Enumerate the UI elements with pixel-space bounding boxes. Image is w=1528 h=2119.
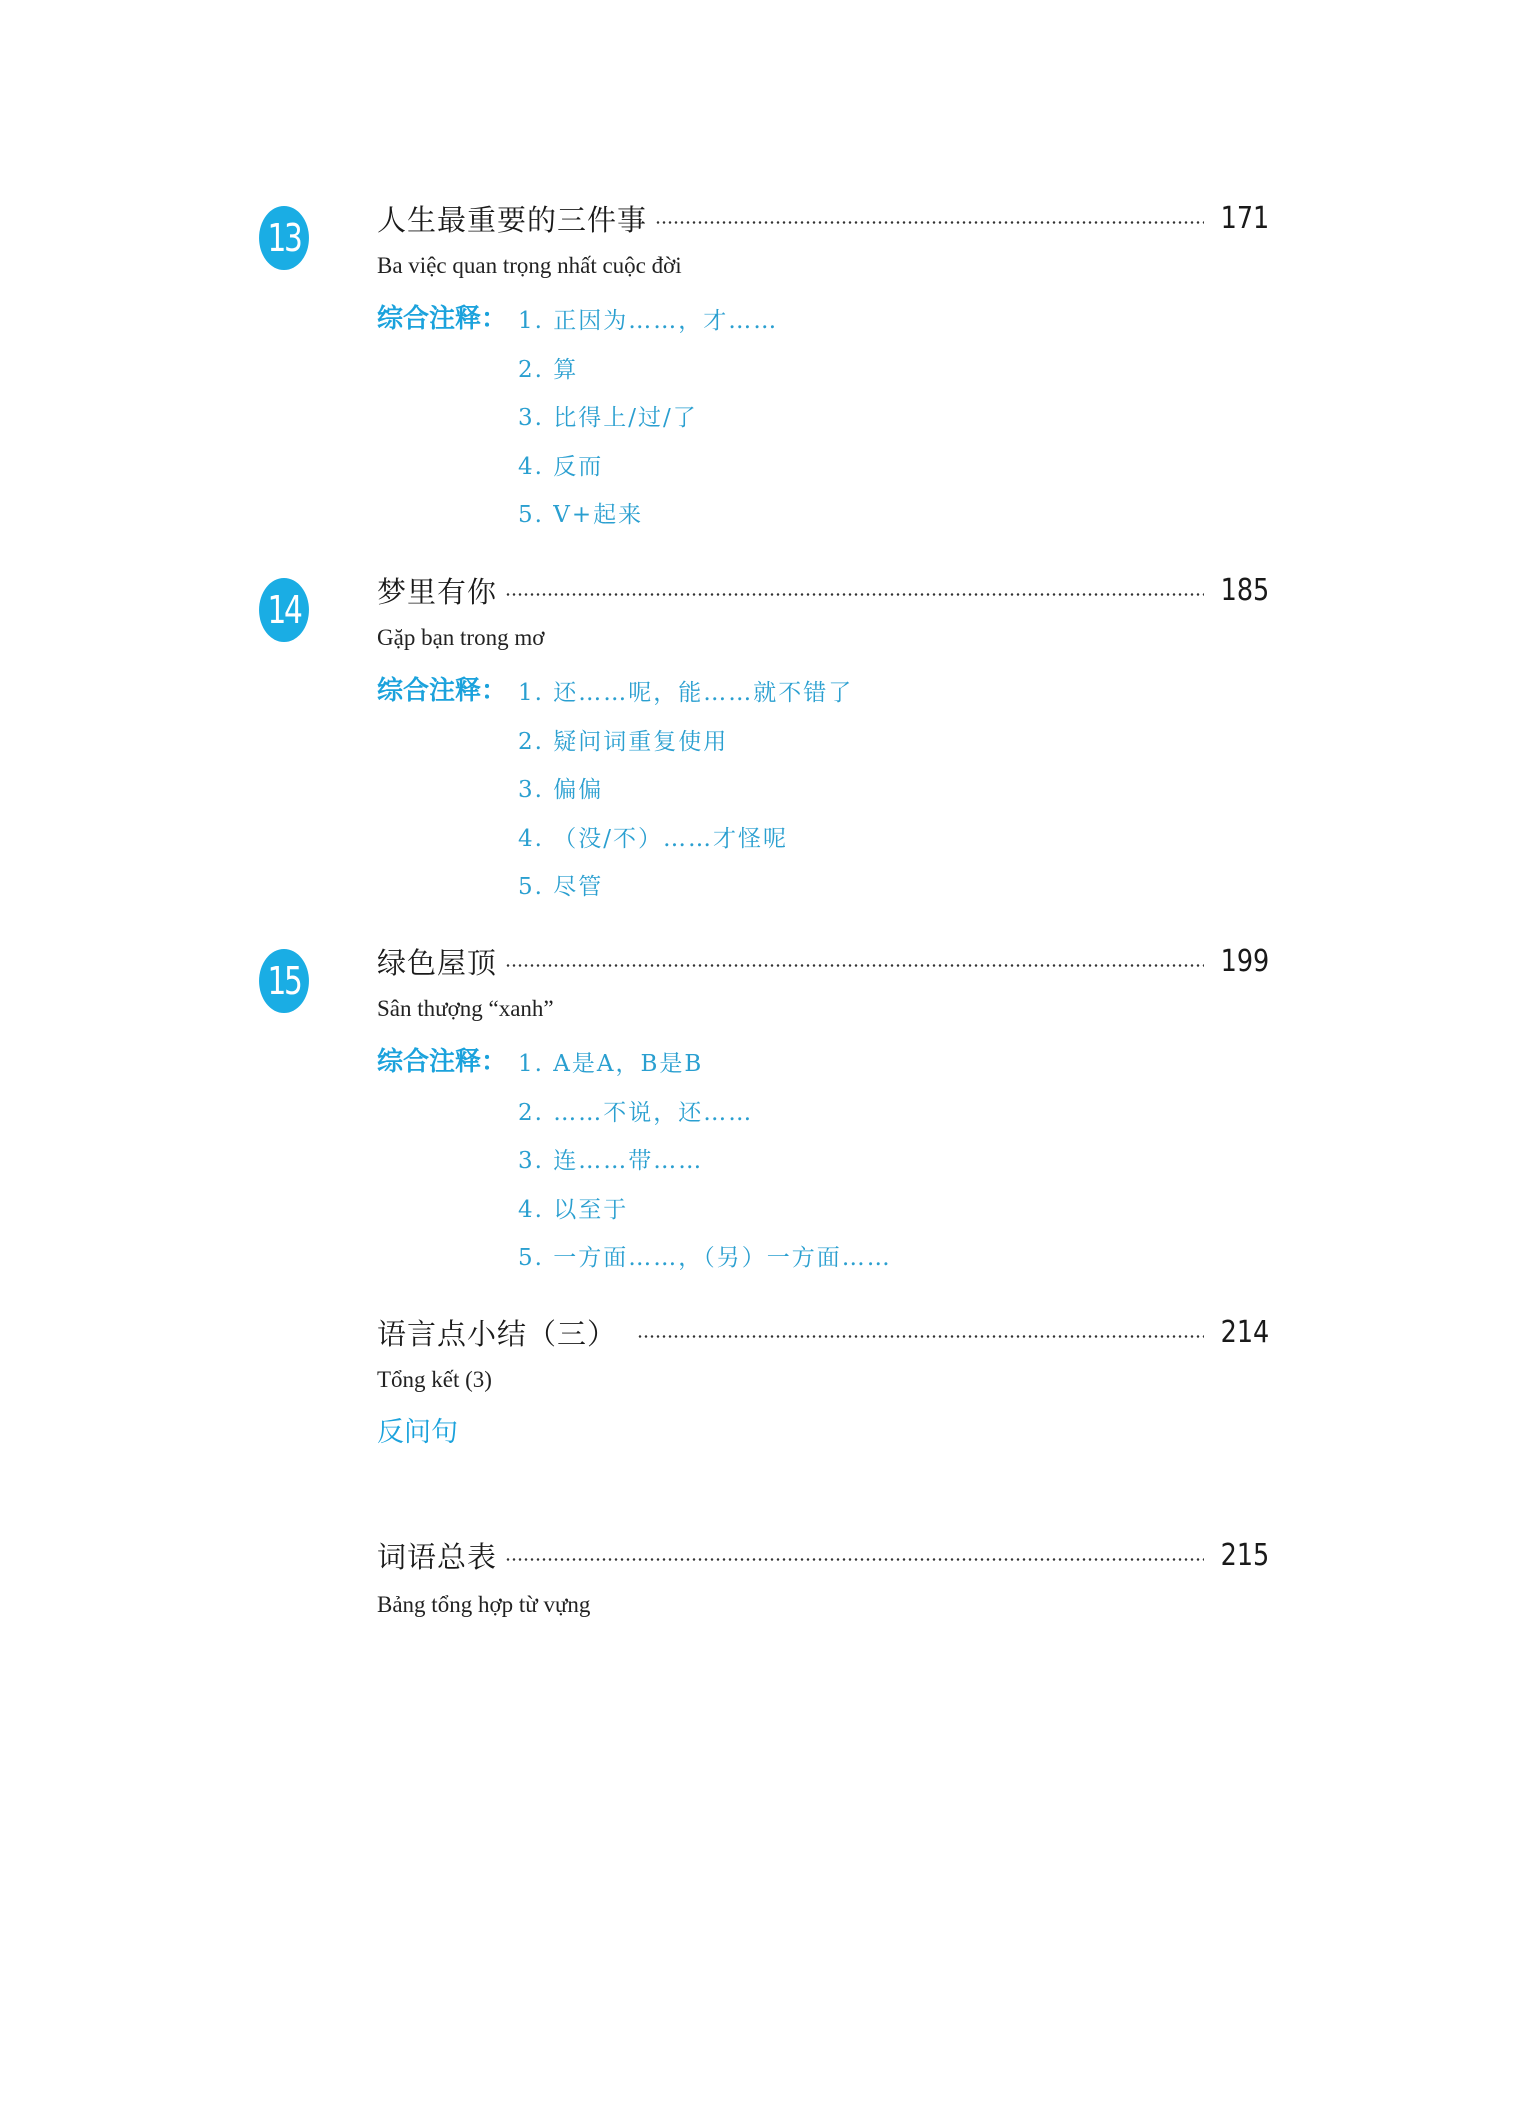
page-number[interactable]: 199 [1220,944,1269,979]
notes-label: 综合注释： [377,298,507,335]
note-item: 5. V+起来 [518,496,643,529]
note-item: 4. 以至于 [518,1191,628,1224]
note-item: 5. 尽管 [518,868,603,901]
toc-title-row[interactable]: 词语总表 215 [377,1535,1269,1575]
page-number[interactable]: 185 [1220,573,1269,608]
note-item: 4. 反而 [518,448,603,481]
page-number[interactable]: 171 [1220,201,1269,236]
summary-subtitle: Tổng kết (3) [377,1367,492,1393]
toc-title-row[interactable]: 语言点小结（三） 214 [377,1312,1269,1352]
lesson-subtitle: Ba việc quan trọng nhất cuộc đời [377,253,682,279]
page-number[interactable]: 214 [1220,1315,1269,1350]
dot-leader [505,1558,1204,1561]
note-item: 1. 正因为……，才…… [518,302,778,335]
dot-leader [505,593,1204,596]
note-item: 1. 还……呢，能……就不错了 [518,674,853,707]
note-item: 3. 比得上/过/了 [518,399,698,432]
dot-leader [505,964,1204,967]
notes-label: 综合注释： [377,670,507,707]
lesson-title[interactable]: 人生最重要的三件事 [377,198,647,239]
dot-leader [637,1335,1204,1338]
summary-title[interactable]: 语言点小结（三） [377,1312,617,1353]
dot-leader [655,221,1204,224]
note-item: 5. 一方面……，（另）一方面…… [518,1239,892,1272]
notes-label: 综合注释： [377,1041,507,1078]
summary-topic: 反问句 [377,1410,458,1449]
note-item: 1. A是A，B是B [518,1045,703,1078]
note-item: 4. （没/不）……才怪呢 [518,820,788,853]
lesson-title[interactable]: 绿色屋顶 [377,941,497,982]
lesson-subtitle: Gặp bạn trong mơ [377,625,544,651]
lesson-number-badge: 14 [259,578,309,642]
toc-title-row[interactable]: 人生最重要的三件事 171 [377,198,1269,238]
lesson-title[interactable]: 梦里有你 [377,570,497,611]
toc-title-row[interactable]: 绿色屋顶 199 [377,941,1269,981]
note-item: 3. 连……带…… [518,1142,703,1175]
lesson-number-badge: 15 [259,949,309,1013]
vocabulary-subtitle: Bảng tổng hợp từ vựng [377,1592,590,1618]
toc-title-row[interactable]: 梦里有你 185 [377,570,1269,610]
note-item: 2. 疑问词重复使用 [518,723,728,756]
page-number[interactable]: 215 [1220,1538,1269,1573]
note-item: 2. ……不说，还…… [518,1094,753,1127]
lesson-number-badge: 13 [259,206,309,270]
note-item: 2. 算 [518,351,578,384]
lesson-subtitle: Sân thượng “xanh” [377,996,554,1022]
note-item: 3. 偏偏 [518,771,603,804]
vocabulary-title[interactable]: 词语总表 [377,1535,497,1576]
